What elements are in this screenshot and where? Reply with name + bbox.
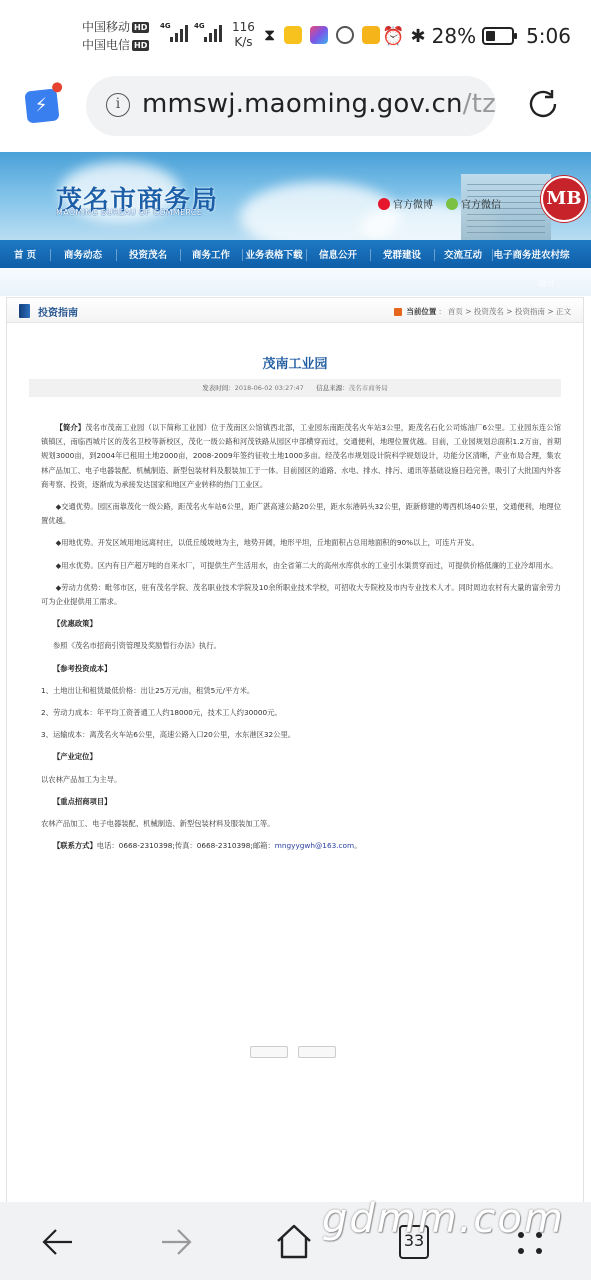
advantage-paragraph: ◆用水优势。区内有日产超万吨的自来水厂，可提供生产生活用水，由全省第二大的高州水… bbox=[41, 559, 561, 573]
cost-item: 2、劳动力成本：年平均工资普通工人约18000元，技术工人约30000元。 bbox=[41, 706, 561, 720]
advantage-paragraph: ◆劳动力优势：毗邻市区，驻有茂名学院、茂名职业技术学院及10余所职业技术学校，可… bbox=[41, 581, 561, 609]
site-info-icon[interactable]: i bbox=[106, 93, 130, 117]
forward-button[interactable] bbox=[156, 1222, 196, 1262]
policy-heading: 【优惠政策】 bbox=[41, 617, 561, 631]
url-text[interactable]: mmswj.maoming.gov.cn/tzmi bbox=[142, 89, 496, 119]
reload-icon[interactable] bbox=[525, 86, 561, 122]
signal-icons: 4G 4G bbox=[160, 22, 222, 42]
clock: 5:06 bbox=[526, 24, 571, 48]
projects-text: 农林产品加工、电子电器装配、机械制造、新型包装材料及服装加工等。 bbox=[41, 817, 561, 831]
signal-icon: 4G bbox=[194, 22, 222, 42]
network-speed: 116 K/s bbox=[232, 20, 255, 50]
battery-icon bbox=[482, 27, 514, 45]
position-heading: 【产业定位】 bbox=[41, 750, 561, 764]
contact-paragraph: 【联系方式】电话：0668-2310398;传真：0668-2310398;邮箱… bbox=[41, 839, 561, 853]
advantage-paragraph: ◆交通优势。园区南靠茂化一级公路，距茂名火车站6公里，距广湛高速公路20公里，距… bbox=[41, 500, 561, 528]
publish-time: 2018-06-02 03:27:47 bbox=[235, 384, 304, 392]
book-icon bbox=[19, 304, 30, 318]
print-button[interactable] bbox=[250, 1046, 288, 1058]
alarm-icon: ⏰ bbox=[382, 26, 404, 47]
city-seal-logo: MB bbox=[541, 176, 587, 222]
nav-ecommerce-rural[interactable]: 电子商务进农村综 bbox=[492, 247, 571, 261]
battery-percent: 28% bbox=[432, 24, 476, 48]
cost-item: 1、土地出让和租赁最低价格：出让25万元/亩，租赁5元/平方米。 bbox=[41, 684, 561, 698]
notification-icons: ⧗ bbox=[264, 26, 380, 44]
position-text: 以农林产品加工为主导。 bbox=[41, 773, 561, 787]
article-action-buttons bbox=[250, 1046, 336, 1058]
nav-home[interactable]: 首 页 bbox=[0, 247, 50, 261]
status-bar: 中国移动HD 中国电信HD 4G 4G 116 K/s ⧗ ⏰ ✱ 28% 5:… bbox=[0, 0, 591, 66]
intro-paragraph: 【简介】茂名市茂南工业园（以下简称工业园）位于茂南区公馆镇西北部，工业园东南距茂… bbox=[41, 421, 561, 492]
article-container: 投资指南 当前位置： 首页 > 投资茂名 > 投资指南 > 正文 茂南工业园 发… bbox=[6, 297, 584, 1217]
carrier-2: 中国电信 bbox=[82, 38, 130, 52]
section-header: 投资指南 当前位置： 首页 > 投资茂名 > 投资指南 > 正文 bbox=[7, 297, 583, 323]
advantage-paragraph: ◆用地优势。开发区域用地远离村庄，以低丘缓坡地为主，地势开阔，地形平坦，丘地面积… bbox=[41, 536, 561, 550]
nav-interaction[interactable]: 交流互动 bbox=[434, 247, 492, 261]
sub-nav-bar: 设计 bbox=[0, 268, 591, 296]
breadcrumb: 当前位置： 首页 > 投资茂名 > 投资指南 > 正文 bbox=[394, 306, 571, 317]
phone-screen: 中国移动HD 中国电信HD 4G 4G 116 K/s ⧗ ⏰ ✱ 28% 5:… bbox=[0, 0, 591, 1280]
nav-business-news[interactable]: 商务动态 bbox=[50, 247, 116, 261]
weibo-icon bbox=[284, 26, 302, 44]
weibo-icon bbox=[378, 198, 390, 210]
projects-heading: 【重点招商项目】 bbox=[41, 795, 561, 809]
nav-forms-download[interactable]: 业务表格下载 bbox=[242, 247, 306, 261]
info-source: 茂名市商务局 bbox=[349, 384, 388, 392]
site-name-english: MAOMING BUREAU OF COMMERCE bbox=[56, 208, 202, 217]
back-button[interactable] bbox=[38, 1222, 78, 1262]
mail-icon bbox=[362, 26, 380, 44]
address-bar[interactable]: i mmswj.maoming.gov.cn/tzmi bbox=[86, 76, 496, 136]
bluetooth-icon: ✱ bbox=[411, 26, 426, 47]
article-meta: 发表时间：2018-06-02 03:27:47 信息来源：茂名市商务局 bbox=[29, 379, 561, 397]
carrier-1: 中国移动 bbox=[82, 20, 130, 34]
back-arrow-icon bbox=[40, 1224, 76, 1260]
home-button[interactable] bbox=[274, 1222, 314, 1262]
location-icon bbox=[394, 308, 402, 316]
close-button[interactable] bbox=[298, 1046, 336, 1058]
nav-info-disclosure[interactable]: 信息公开 bbox=[306, 247, 370, 261]
system-icons: ⏰ ✱ 28% 5:06 bbox=[382, 24, 571, 48]
hand-icon bbox=[336, 26, 354, 44]
hd-badge: HD bbox=[132, 22, 149, 33]
cost-item: 3、运输成本：离茂名火车站6公里，高速公路入口20公里，水东港区32公里。 bbox=[41, 728, 561, 742]
signal-icon: 4G bbox=[160, 22, 188, 42]
notification-dot bbox=[52, 82, 63, 93]
breadcrumb-path[interactable]: 首页 > 投资茂名 > 投资指南 > 正文 bbox=[448, 306, 571, 317]
toolbox-icon bbox=[310, 26, 328, 44]
watermark: gdmm.com bbox=[322, 1196, 565, 1242]
browser-toolbar: ⚡ i mmswj.maoming.gov.cn/tzmi bbox=[0, 66, 591, 148]
forward-arrow-icon bbox=[158, 1224, 194, 1260]
hd-badge: HD bbox=[132, 40, 149, 51]
contact-email-link[interactable]: mngyygwh@163.com bbox=[275, 841, 354, 850]
weibo-link[interactable]: 官方微博 bbox=[378, 196, 433, 211]
carrier-info: 中国移动HD 中国电信HD bbox=[82, 18, 149, 54]
wechat-icon bbox=[446, 198, 458, 210]
site-banner: 茂名市商务局 MAOMING BUREAU OF COMMERCE 官方微博 官… bbox=[0, 152, 591, 240]
article-title: 茂南工业园 bbox=[7, 353, 583, 372]
nav-business-work[interactable]: 商务工作 bbox=[180, 247, 242, 261]
browser-logo-icon[interactable]: ⚡ bbox=[24, 88, 59, 123]
policy-text: 参照《茂名市招商引资管理及奖励暂行办法》执行。 bbox=[41, 639, 561, 653]
section-title: 投资指南 bbox=[38, 304, 78, 319]
main-nav: 首 页 商务动态 投资茂名 商务工作 业务表格下载 信息公开 党群建设 交流互动… bbox=[0, 240, 591, 268]
article-body: 【简介】茂名市茂南工业园（以下简称工业园）位于茂南区公馆镇西北部，工业园东南距茂… bbox=[41, 421, 561, 861]
nav-invest-maoming[interactable]: 投资茂名 bbox=[116, 247, 180, 261]
nav-party-building[interactable]: 党群建设 bbox=[370, 247, 434, 261]
home-icon bbox=[275, 1223, 313, 1261]
cost-heading: 【参考投资成本】 bbox=[41, 662, 561, 676]
hourglass-icon: ⧗ bbox=[264, 26, 276, 44]
wechat-link[interactable]: 官方微信 bbox=[446, 196, 501, 211]
